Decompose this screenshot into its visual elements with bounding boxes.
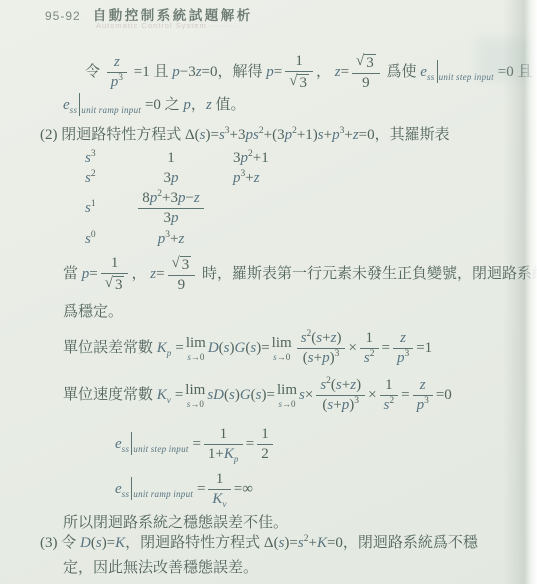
page-number: 95-92 <box>45 9 81 23</box>
routh-stability-statement: 當 p=1√3， z=√39 時，羅斯表第一行元素未發生正負變號，閉迴路系統 <box>63 255 537 294</box>
kv-velocity-constant-equation: 單位速度常數 Kv =lims→0sD(s)G(s)=lims→0s×s2(s+… <box>63 377 452 415</box>
solution-line-ramp-condition: essunit ramp input =0 之 p，z 值。 <box>63 93 246 116</box>
routh-row-s3-col1: 1 <box>125 150 217 167</box>
step2-characteristic-equation: (2) 閉迴路特性方程式 Δ(s)=s3+3ps2+(3p2+1)s+p3+z=… <box>40 126 450 145</box>
kp-error-constant-equation: 單位誤差常數 Kp =lims→0D(s)G(s)=lims→0s2(s+z)(… <box>63 330 432 368</box>
routh-stability-statement-cont: 爲穩定。 <box>63 303 123 322</box>
routh-row-s1-col1: 8p2+3p−z3p <box>125 190 217 228</box>
routh-table: s3 1 3p2+1 s2 3p p3+z s1 8p2+3p−z3p s0 p… <box>85 150 269 248</box>
routh-row-s3-label: s3 <box>85 150 125 167</box>
routh-row-s2-label: s2 <box>85 170 125 187</box>
routh-row-s2-col2: p3+z <box>217 170 269 187</box>
routh-row-s3-col2: 3p2+1 <box>217 150 269 167</box>
ess-ramp-input-equation: essunit ramp input =1Kv=∞ <box>115 471 253 509</box>
routh-row-s1-label: s1 <box>85 200 125 217</box>
book-subtitle: Automatic Control System ········ <box>96 21 238 30</box>
routh-row-s2-col1: 3p <box>125 170 217 187</box>
routh-row-s0-label: s0 <box>85 231 125 248</box>
solution-line-solve-pz: 令 zp3 =1 且 p−3z=0，解得 p=1√3， z=√39 爲使 ess… <box>85 53 532 92</box>
steady-state-error-conclusion: 所以閉迴路系統之穩態誤差不佳。 <box>63 514 288 533</box>
step3-conclusion-cont: 定，因此無法改善穩態誤差。 <box>63 559 258 578</box>
scanned-textbook-page: 95-92自動控制系統試題解析 Automatic Control System… <box>0 0 537 584</box>
step3-proportional-controller: (3) 令 D(s)=K，閉迴路特性方程式 Δ(s)=s2+K=0，閉迴路系統爲… <box>40 534 478 553</box>
ess-step-input-equation: essunit step input =11+Kp=12 <box>115 426 276 464</box>
routh-row-s0-col1: p3+z <box>125 231 217 248</box>
